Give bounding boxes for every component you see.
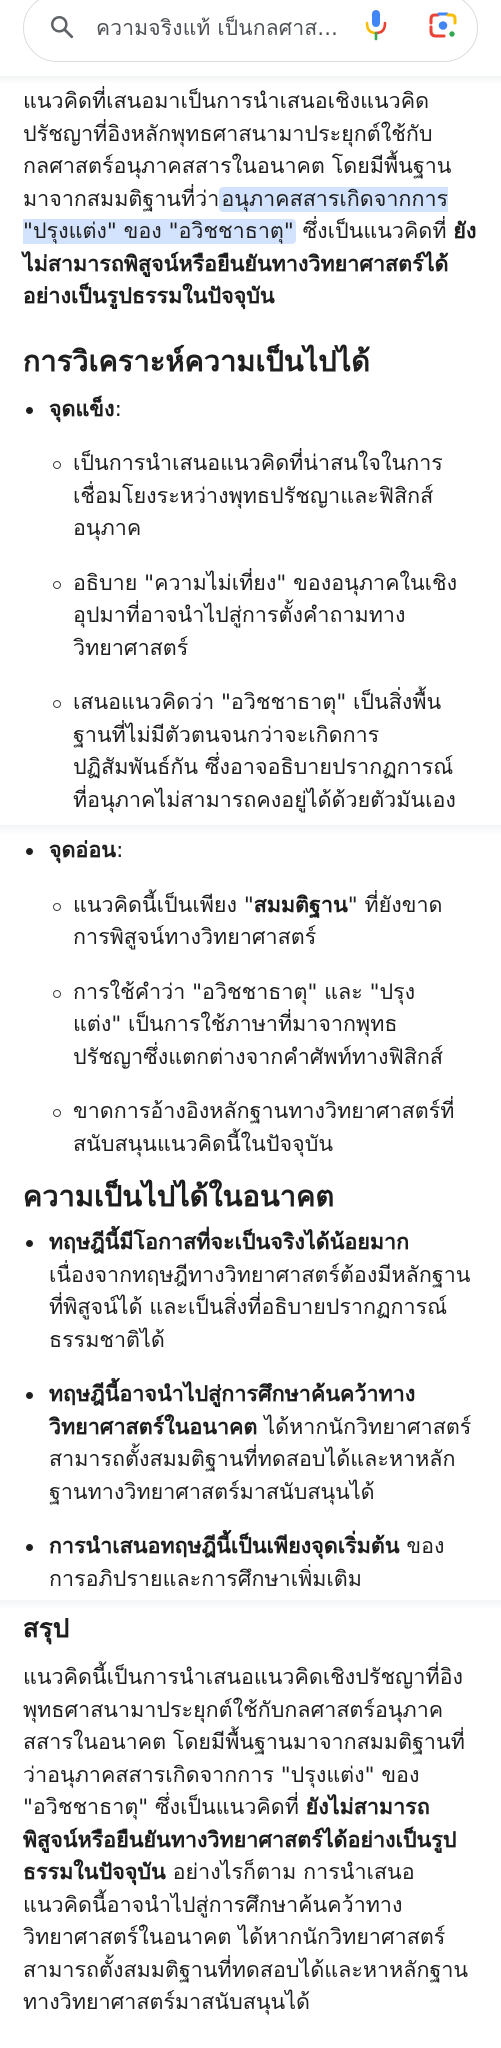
list-item-bold: การนำเสนอทฤษฎีนี้เป็นเพียงจุดเริ่มต้น	[49, 1534, 400, 1559]
intro-text-2: ซึ่งเป็นแนวคิดที่	[296, 219, 454, 244]
ai-answer-content: แนวคิดที่เสนอมาเป็นการนำเสนอเชิงแนวคิดปร…	[0, 76, 501, 2020]
list-item-text: แนวคิดนี้เป็นเพียง "	[73, 893, 254, 918]
summary-paragraph: แนวคิดนี้เป็นการนำเสนอแนวคิดเชิงปรัชญาที…	[0, 1662, 501, 2020]
list-item: แนวคิดนี้เป็นเพียง "สมมติฐาน" ที่ยังขาดก…	[0, 890, 481, 955]
search-bar[interactable]: ความจริงแท้ เป็นกลศาส...	[23, 0, 478, 62]
header-divider	[0, 76, 501, 84]
future-heading: ความเป็นไปได้ในอนาคต	[0, 1177, 501, 1215]
bullet-icon	[26, 848, 33, 855]
list-item: เสนอแนวคิดว่า "อวิชชาธาตุ" เป็นสิ่งพื้นฐ…	[0, 687, 481, 817]
weaknesses-label: จุดอ่อน	[49, 838, 116, 863]
sub-bullet-icon	[53, 700, 61, 708]
weaknesses-item: จุดอ่อน: แนวคิดนี้เป็นเพียง "สมมติฐาน" ท…	[0, 835, 501, 1161]
sub-bullet-icon	[53, 1109, 61, 1117]
weaknesses-list: จุดอ่อน: แนวคิดนี้เป็นเพียง "สมมติฐาน" ท…	[0, 835, 501, 1161]
strengths-label: จุดแข็ง	[49, 397, 115, 422]
list-item: ทฤษฎีนี้อาจนำไปสู่การศึกษาค้นคว้าทางวิทย…	[0, 1379, 501, 1509]
google-lens-icon[interactable]	[427, 9, 459, 41]
strengths-list: จุดแข็ง: เป็นการนำเสนอแนวคิดที่น่าสนใจใน…	[0, 394, 501, 818]
analysis-heading: การวิเคราะห์ความเป็นไปได้	[0, 342, 501, 380]
colon: :	[116, 838, 123, 863]
list-item-text: ขาดการอ้างอิงหลักฐานทางวิทยาศาสตร์ที่สนั…	[73, 1099, 454, 1157]
list-item-text: อธิบาย "ความไม่เที่ยง" ของอนุภาคในเชิงอุ…	[73, 571, 457, 661]
section-divider	[0, 1600, 501, 1610]
future-list: ทฤษฎีนี้มีโอกาสที่จะเป็นจริงได้น้อยมาก เ…	[0, 1227, 501, 1596]
list-item-text: เป็นการนำเสนอแนวคิดที่น่าสนใจในการเชื่อม…	[73, 451, 443, 541]
strengths-sublist: เป็นการนำเสนอแนวคิดที่น่าสนใจในการเชื่อม…	[0, 448, 481, 817]
section-divider	[0, 825, 501, 835]
bullet-icon	[26, 1392, 33, 1399]
list-item-text: การใช้คำว่า "อวิชชาธาตุ" และ "ปรุงแต่ง" …	[73, 980, 443, 1070]
list-item: การใช้คำว่า "อวิชชาธาตุ" และ "ปรุงแต่ง" …	[0, 977, 481, 1075]
bullet-icon	[26, 407, 33, 414]
list-item-bold: ทฤษฎีนี้มีโอกาสที่จะเป็นจริงได้น้อยมาก	[49, 1230, 409, 1255]
list-item: ทฤษฎีนี้มีโอกาสที่จะเป็นจริงได้น้อยมาก เ…	[0, 1227, 501, 1357]
list-item-text: เนื่องจากทฤษฎีทางวิทยาศาสตร์ต้องมีหลักฐา…	[49, 1263, 471, 1353]
mic-icon[interactable]	[361, 8, 391, 44]
sub-bullet-icon	[53, 903, 61, 911]
list-item: การนำเสนอทฤษฎีนี้เป็นเพียงจุดเริ่มต้น ขอ…	[0, 1531, 501, 1596]
search-query-text[interactable]: ความจริงแท้ เป็นกลศาส...	[96, 12, 338, 45]
list-item: ขาดการอ้างอิงหลักฐานทางวิทยาศาสตร์ที่สนั…	[0, 1096, 481, 1161]
list-item-bold: สมมติฐาน	[254, 893, 348, 918]
sub-bullet-icon	[53, 581, 61, 589]
sub-bullet-icon	[53, 461, 61, 469]
search-icon[interactable]	[49, 14, 75, 40]
colon: :	[115, 397, 122, 422]
weaknesses-sublist: แนวคิดนี้เป็นเพียง "สมมติฐาน" ที่ยังขาดก…	[0, 890, 481, 1162]
bullet-icon	[26, 1240, 33, 1247]
search-header: ความจริงแท้ เป็นกลศาส...	[0, 0, 501, 76]
intro-paragraph: แนวคิดที่เสนอมาเป็นการนำเสนอเชิงแนวคิดปร…	[0, 86, 501, 314]
list-item: เป็นการนำเสนอแนวคิดที่น่าสนใจในการเชื่อม…	[0, 448, 481, 546]
summary-heading: สรุป	[0, 1610, 501, 1648]
list-item: อธิบาย "ความไม่เที่ยง" ของอนุภาคในเชิงอุ…	[0, 568, 481, 666]
sub-bullet-icon	[53, 990, 61, 998]
bullet-icon	[26, 1544, 33, 1551]
list-item-text: เสนอแนวคิดว่า "อวิชชาธาตุ" เป็นสิ่งพื้นฐ…	[73, 690, 456, 813]
strengths-item: จุดแข็ง: เป็นการนำเสนอแนวคิดที่น่าสนใจใน…	[0, 394, 501, 818]
